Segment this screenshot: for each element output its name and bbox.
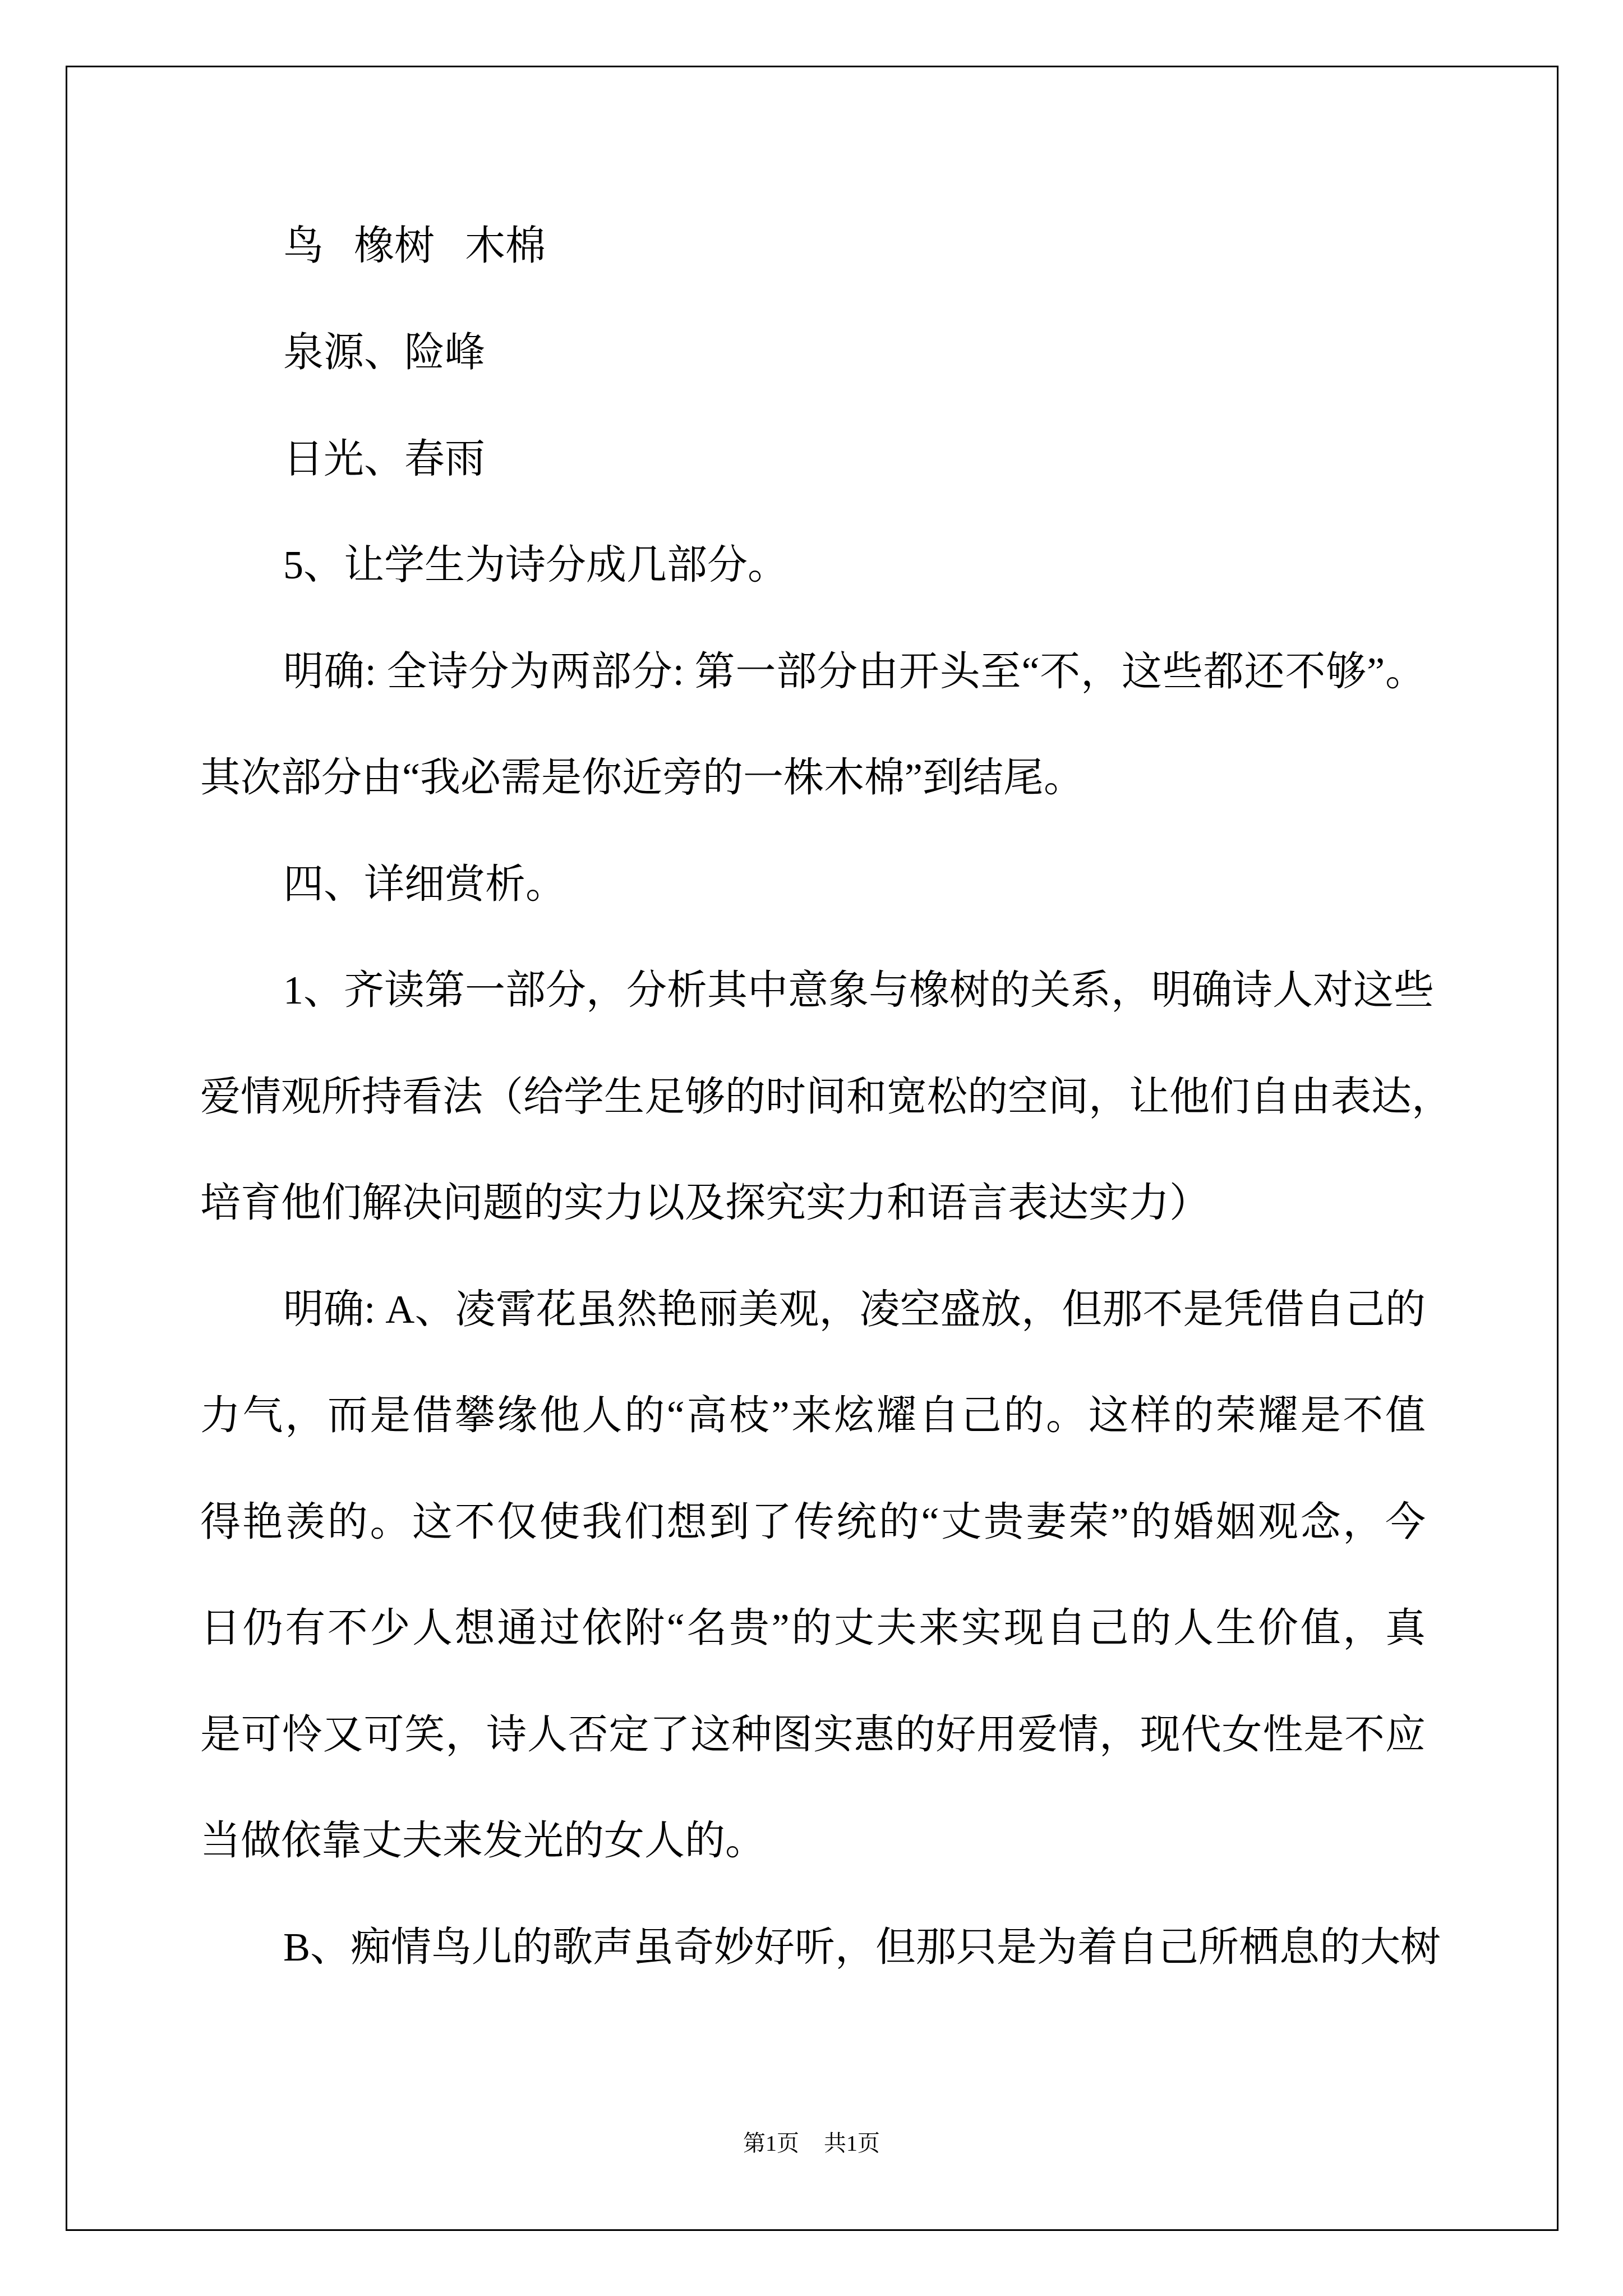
section-heading-detailed-analysis: 四、详细赏析。	[200, 862, 1426, 907]
text-line-answer-a-cont-5: 当做依靠丈夫来发光的女人的。	[200, 1818, 1426, 1863]
document-body: 鸟 橡树 木棉 泉源、险峰 日光、春雨 5、让学生为诗分成几部分。 明确: 全诗…	[200, 0, 1426, 2076]
text-line-step-1: 1、齐读第一部分，分析其中意象与橡树的关系，明确诗人对这些	[200, 968, 1426, 1013]
text-line-step-1-cont-1: 爱情观所持看法（给学生足够的时间和宽松的空间，让他们自由表达，	[200, 1074, 1426, 1119]
text-line-imagery-pair-1: 泉源、险峰	[200, 330, 1426, 375]
text-line-step-5: 5、让学生为诗分成几部分。	[200, 542, 1426, 587]
text-line-answer-a-cont-3: 日仍有不少人想通过依附“名贵”的丈夫来实现自己的人生价值，真	[200, 1605, 1426, 1650]
page-footer: 第1页共1页	[0, 2129, 1623, 2157]
text-line-answer-a-cont-1: 力气，而是借攀缘他人的“高枝”来炫耀自己的。这样的荣耀是不值	[200, 1393, 1426, 1438]
text-line-step-1-cont-2: 培育他们解决问题的实力以及探究实力和语言表达实力）	[200, 1180, 1426, 1225]
text-line-answer-structure: 明确: 全诗分为两部分: 第一部分由开头至“不，这些都还不够”。	[200, 649, 1426, 694]
text-line-second-part: 其次部分由“我必需是你近旁的一株木棉”到结尾。	[200, 755, 1426, 800]
text-line-answer-a-cont-2: 得艳羡的。这不仅使我们想到了传统的“丈贵妻荣”的婚姻观念，今	[200, 1499, 1426, 1544]
text-line-answer-a: 明确: A、凌霄花虽然艳丽美观，凌空盛放，但那不是凭借自己的	[200, 1287, 1426, 1332]
page-number-current: 第1页	[743, 2131, 799, 2156]
text-line-answer-a-cont-4: 是可怜又可笑，诗人否定了这种图实惠的好用爱情，现代女性是不应	[200, 1712, 1426, 1757]
text-line-answer-b: B、痴情鸟儿的歌声虽奇妙好听，但那只是为着自己所栖息的大树	[200, 1925, 1426, 1970]
page-number-total: 共1页	[824, 2131, 880, 2156]
text-line-imagery-list: 鸟 橡树 木棉	[200, 223, 1426, 268]
text-line-imagery-pair-2: 日光、春雨	[200, 436, 1426, 481]
